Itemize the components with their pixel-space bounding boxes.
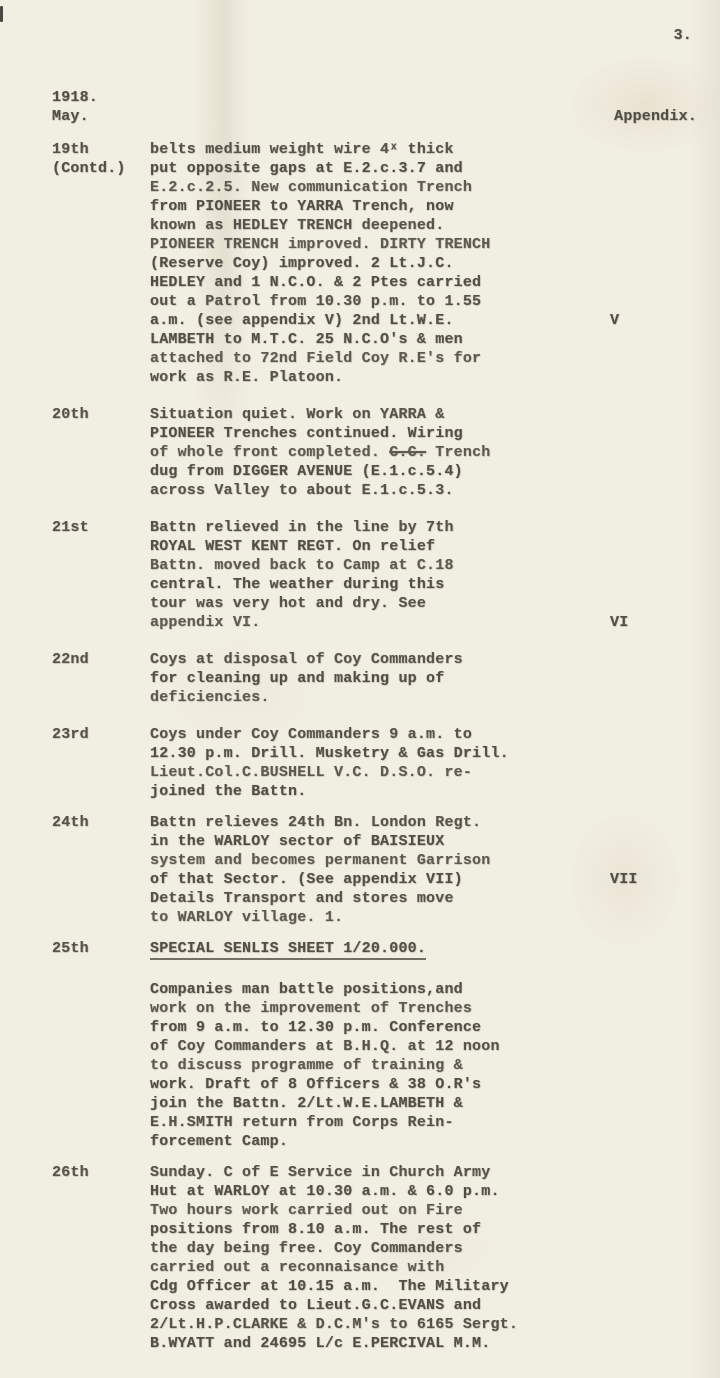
diary-entry: 22ndCoys at disposal of Coy Commandersfo… (52, 650, 697, 707)
entry-line: PIONEER TRENCH improved. DIRTY TRENCH (150, 235, 620, 254)
entry-body: Battn relieves 24th Bn. London Regt.in t… (150, 813, 620, 927)
appendix-column-header: Appendix. (614, 107, 697, 126)
entry-line: work as R.E. Platoon. (150, 368, 620, 387)
appendix-margin-ref: VII (610, 870, 638, 889)
entry-line: work. Draft of 8 Officers & 38 O.R's (150, 1075, 620, 1094)
entry-date-label: 21st (52, 518, 150, 537)
entry-line: ROYAL WEST KENT REGT. On relief (150, 537, 620, 556)
entry-line: Battn relieves 24th Bn. London Regt. (150, 813, 620, 832)
entry-line: to discuss programme of training & (150, 1056, 620, 1075)
entry-date: 22nd (52, 650, 150, 707)
document-page: 3. 1918. May. Appendix. 19th(Contd.)belt… (0, 0, 720, 1378)
entry-date: 26th (52, 1163, 150, 1353)
entry-body: Coys at disposal of Coy Commandersfor cl… (150, 650, 620, 707)
year-label: 1918. (52, 88, 697, 107)
entry-line: Hut at WARLOY at 10.30 a.m. & 6.0 p.m. (150, 1182, 620, 1201)
entry-body: belts medium weight wire 4ˣ thickput opp… (150, 140, 620, 387)
diary-entry: 19th(Contd.)belts medium weight wire 4ˣ … (52, 140, 697, 387)
entry-date: 23rd (52, 725, 150, 801)
entry-date-label: 26th (52, 1163, 150, 1182)
diary-entries: 19th(Contd.)belts medium weight wire 4ˣ … (52, 140, 697, 1353)
entry-line: put opposite gaps at E.2.c.3.7 and (150, 159, 620, 178)
page-content: 1918. May. Appendix. 19th(Contd.)belts m… (0, 0, 720, 1371)
diary-entry: 20thSituation quiet. Work on YARRA &PION… (52, 405, 697, 500)
entry-line: forcement Camp. (150, 1132, 620, 1151)
diary-entry: 23rdCoys under Coy Commanders 9 a.m. to1… (52, 725, 697, 801)
entry-line: belts medium weight wire 4ˣ thick (150, 140, 620, 159)
entry-line: attached to 72nd Field Coy R.E's for (150, 349, 620, 368)
entry-line: 12.30 p.m. Drill. Musketry & Gas Drill. (150, 744, 620, 763)
entry-line: LAMBETH to M.T.C. 25 N.C.O's & men (150, 330, 620, 349)
entry-line: system and becomes permanent Garrison (150, 851, 620, 870)
entry-line: positions from 8.10 a.m. The rest of (150, 1220, 620, 1239)
entry-line: Battn. moved back to Camp at C.18 (150, 556, 620, 575)
entry-date-label: 23rd (52, 725, 150, 744)
entry-line: Situation quiet. Work on YARRA & (150, 405, 620, 424)
entry-date-label: 25th (52, 939, 150, 958)
entry-line: dug from DIGGER AVENUE (E.1.c.5.4) (150, 462, 620, 481)
entry-line: known as HEDLEY TRENCH deepened. (150, 216, 620, 235)
month-label: May. (52, 107, 89, 126)
entry-body: Sunday. C of E Service in Church ArmyHut… (150, 1163, 620, 1353)
entry-line: 2/Lt.H.P.CLARKE & D.C.M's to 6165 Sergt. (150, 1315, 620, 1334)
entry-line: PIONEER Trenches continued. Wiring (150, 424, 620, 443)
diary-entry: 25thSPECIAL SENLIS SHEET 1/20.000.Compan… (52, 939, 697, 1151)
entry-line: tour was very hot and dry. See (150, 594, 620, 613)
diary-entry: 24thBattn relieves 24th Bn. London Regt.… (52, 813, 697, 927)
entry-line: Cross awarded to Lieut.G.C.EVANS and (150, 1296, 620, 1315)
entry-date-label: 19th (52, 140, 150, 159)
entry-line: Lieut.Col.C.BUSHELL V.C. D.S.O. re- (150, 763, 620, 782)
entry-line: from 9 a.m. to 12.30 p.m. Conference (150, 1018, 620, 1037)
entry-line: out a Patrol from 10.30 p.m. to 1.55 (150, 292, 620, 311)
entry-line: of that Sector. (See appendix VII) (150, 870, 620, 889)
entry-date: 25th (52, 939, 150, 1151)
entry-line: Battn relieved in the line by 7th (150, 518, 620, 537)
entry-line: Details Transport and stores move (150, 889, 620, 908)
entry-line: Companies man battle positions,and (150, 980, 620, 999)
entry-line: of whole front completed. C.C. Trench (150, 443, 620, 462)
entry-line: E.H.SMITH return from Corps Rein- (150, 1113, 620, 1132)
entry-line: Two hours work carried out on Fire (150, 1201, 620, 1220)
entry-line: from PIONEER to YARRA Trench, now (150, 197, 620, 216)
entry-date: 24th (52, 813, 150, 927)
entry-body: Battn relieved in the line by 7thROYAL W… (150, 518, 620, 632)
entry-line: Sunday. C of E Service in Church Army (150, 1163, 620, 1182)
entry-date-label: 22nd (52, 650, 150, 669)
entry-line: join the Battn. 2/Lt.W.E.LAMBETH & (150, 1094, 620, 1113)
diary-entry: 26thSunday. C of E Service in Church Arm… (52, 1163, 697, 1353)
entry-heading-row: SPECIAL SENLIS SHEET 1/20.000. (150, 939, 620, 980)
entry-line: deficiencies. (150, 688, 620, 707)
entry-line: work on the improvement of Trenches (150, 999, 620, 1018)
entry-line: in the WARLOY sector of BAISIEUX (150, 832, 620, 851)
entry-line: Coys at disposal of Coy Commanders (150, 650, 620, 669)
entry-line: across Valley to about E.1.c.5.3. (150, 481, 620, 500)
entry-line: joined the Battn. (150, 782, 620, 801)
entry-date-label: 24th (52, 813, 150, 832)
appendix-margin-ref: V (610, 311, 619, 330)
entry-line: appendix VI. (150, 613, 620, 632)
entry-body: Situation quiet. Work on YARRA &PIONEER … (150, 405, 620, 500)
entry-body: SPECIAL SENLIS SHEET 1/20.000.Companies … (150, 939, 620, 1151)
diary-entry: 21stBattn relieved in the line by 7thROY… (52, 518, 697, 632)
entry-line: Coys under Coy Commanders 9 a.m. to (150, 725, 620, 744)
entry-date: 20th (52, 405, 150, 500)
entry-date: 19th(Contd.) (52, 140, 150, 387)
entry-line: of Coy Commanders at B.H.Q. at 12 noon (150, 1037, 620, 1056)
entry-line: Cdg Officer at 10.15 a.m. The Military (150, 1277, 620, 1296)
entry-line: E.2.c.2.5. New communication Trench (150, 178, 620, 197)
entry-date-note: (Contd.) (52, 159, 150, 178)
entry-date: 21st (52, 518, 150, 632)
appendix-margin-ref: VI (610, 613, 628, 632)
entry-line: for cleaning up and making up of (150, 669, 620, 688)
entry-line: a.m. (see appendix V) 2nd Lt.W.E. (150, 311, 620, 330)
entry-heading: SPECIAL SENLIS SHEET 1/20.000. (150, 939, 426, 960)
entry-line: carried out a reconnaisance with (150, 1258, 620, 1277)
entry-line: central. The weather during this (150, 575, 620, 594)
entry-date-label: 20th (52, 405, 150, 424)
entry-line: to WARLOY village. 1. (150, 908, 620, 927)
entry-line: the day being free. Coy Commanders (150, 1239, 620, 1258)
entry-line: B.WYATT and 24695 L/c E.PERCIVAL M.M. (150, 1334, 620, 1353)
entry-line: (Reserve Coy) improved. 2 Lt.J.C. (150, 254, 620, 273)
entry-body: Coys under Coy Commanders 9 a.m. to12.30… (150, 725, 620, 801)
entry-line: HEDLEY and 1 N.C.O. & 2 Ptes carried (150, 273, 620, 292)
